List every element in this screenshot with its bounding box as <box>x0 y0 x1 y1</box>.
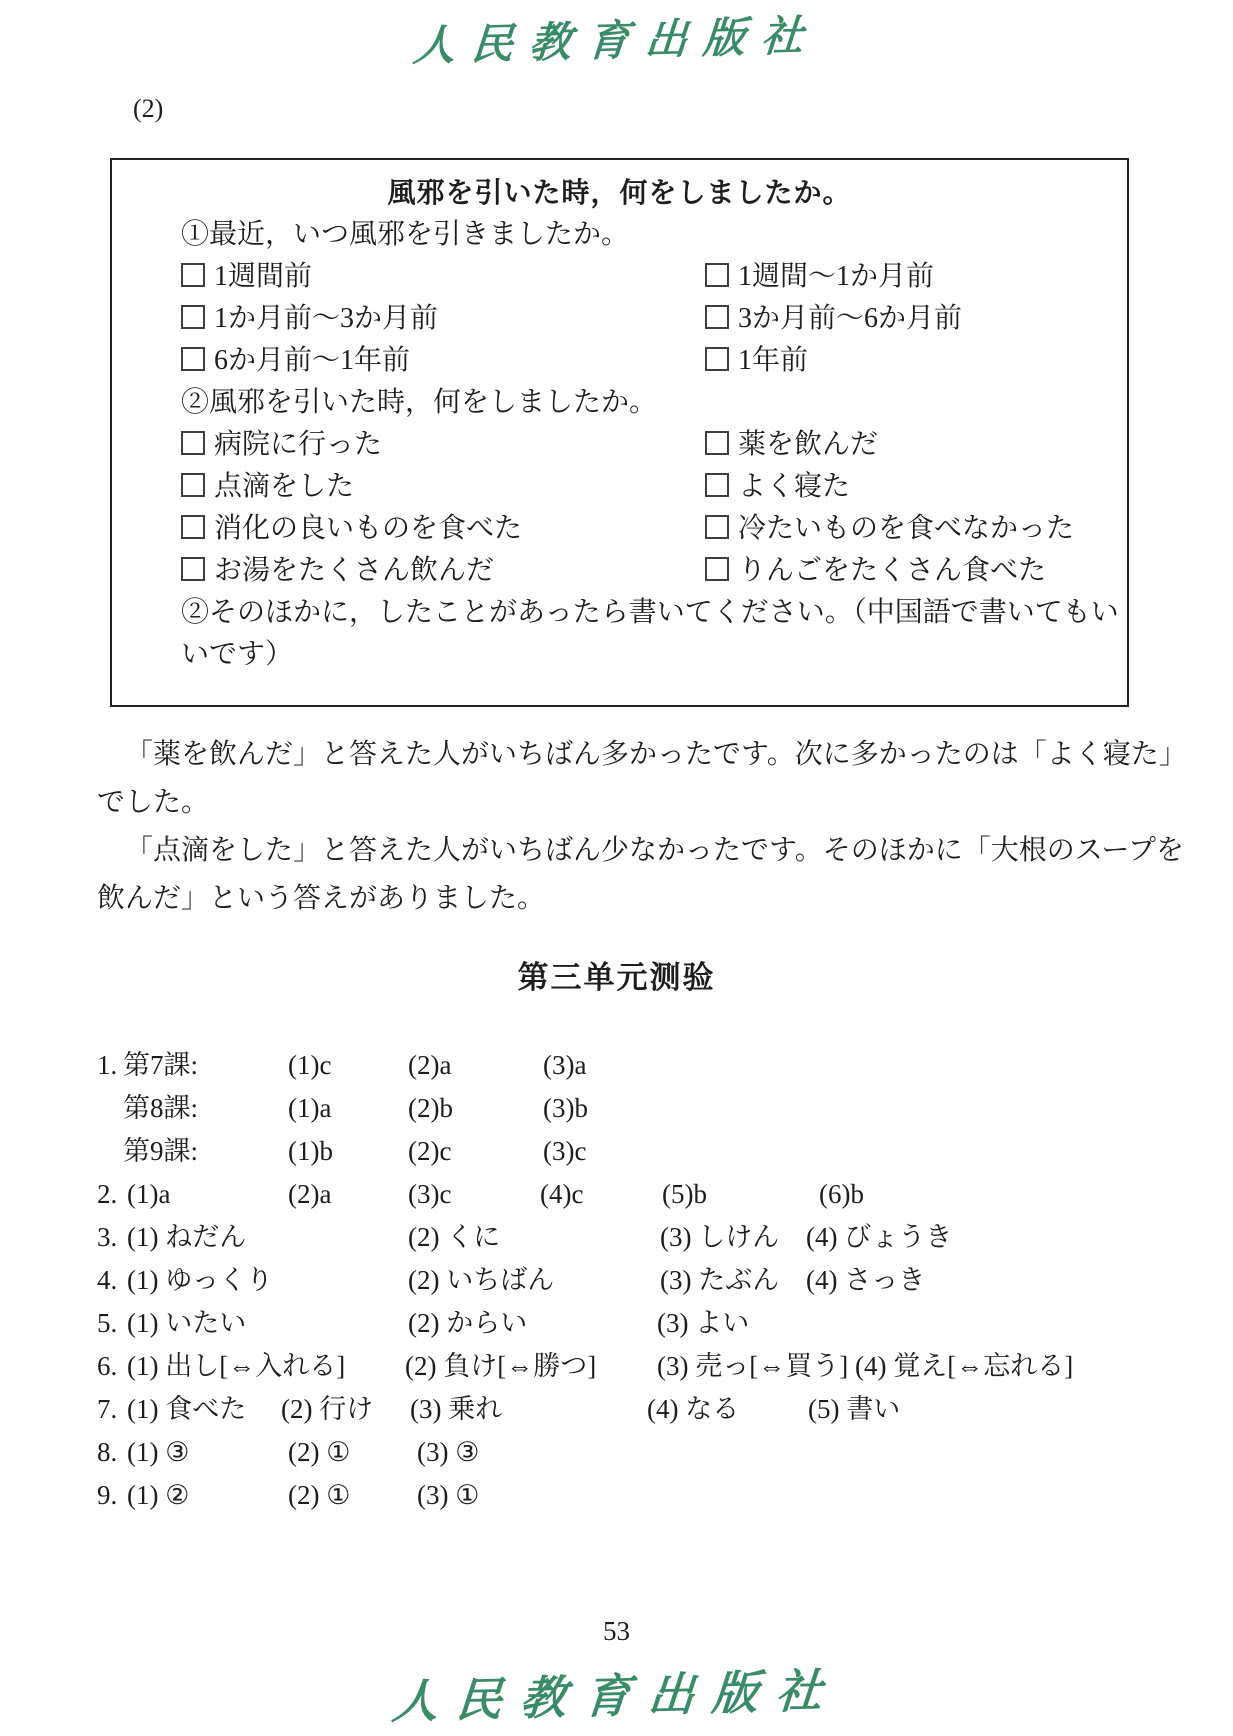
publisher-logo-footer: 人民教育出版社 <box>0 1644 1233 1736</box>
survey-option: 冷たいものを食べなかった <box>705 508 1127 550</box>
survey-option: 6か月前〜1年前 <box>181 340 705 382</box>
answer-cell: 第7課: <box>123 1044 198 1087</box>
checkbox-icon <box>181 347 205 371</box>
answer-row: 8. (1) ③ (2) ① (3) ③ <box>0 1431 1233 1474</box>
answer-row: 2. (1)a (2)a (3)c (4)c (5)b (6)b <box>0 1173 1233 1216</box>
survey-option: 1か月前〜3か月前 <box>181 298 705 340</box>
survey-option-row: 病院に行った 薬を飲んだ <box>112 424 1127 466</box>
checkbox-icon <box>181 473 205 497</box>
checkbox-icon <box>705 557 729 581</box>
answer-cell: (6)b <box>819 1173 864 1216</box>
report-paragraph-line: でした。 <box>97 779 1137 827</box>
answer-cell: (1) ねだん <box>127 1216 246 1259</box>
answer-item-number: 9. <box>97 1474 117 1517</box>
answer-cell: (2) ① <box>288 1431 350 1474</box>
survey-option-row: 6か月前〜1年前 1年前 <box>112 340 1127 382</box>
option-label: 1か月前〜3か月前 <box>214 303 438 334</box>
answer-row: 6. (1) 出し[⇔入れる] (2) 負け[⇔勝つ] (3) 売っ[⇔買う] … <box>0 1345 1233 1388</box>
option-label: 6か月前〜1年前 <box>214 345 410 376</box>
answer-cell: (4) びょうき <box>806 1216 952 1259</box>
checkbox-icon <box>705 473 729 497</box>
answer-cell: (2)a <box>408 1044 451 1087</box>
answer-cell: (4) 覚え[⇔忘れる] <box>855 1345 1073 1388</box>
answer-cell: (2) ① <box>288 1474 350 1517</box>
answer-item-number: 6. <box>97 1345 117 1388</box>
survey-q3-text: ②そのほかに，したことがあったら書いてください。（中国語で書いてもいい <box>112 592 1127 634</box>
option-label: 1年前 <box>738 345 808 376</box>
answer-row: 4. (1) ゆっくり (2) いちばん (3) たぶん (4) さっき <box>0 1259 1233 1302</box>
answer-cell: (3)c <box>543 1130 586 1173</box>
answer-cell: (2)c <box>408 1130 451 1173</box>
answer-row: 5. (1) いたい (2) からい (3) よい <box>0 1302 1233 1345</box>
answer-cell: (1)a <box>127 1173 170 1216</box>
answer-item-number: 8. <box>97 1431 117 1474</box>
answer-item-number: 4. <box>97 1259 117 1302</box>
option-label: 消化の良いものを食べた <box>214 513 522 544</box>
report-paragraphs: 「薬を飲んだ」と答えた人がいちばん多かったです。次に多かったのは「よく寝た」 で… <box>97 731 1137 923</box>
answer-cell: (3)a <box>543 1044 586 1087</box>
answer-cell: (1)c <box>288 1044 331 1087</box>
option-label: 1週間前 <box>214 261 312 292</box>
answer-cell: (1) いたい <box>127 1302 246 1345</box>
answer-cell: (5)b <box>662 1173 707 1216</box>
answer-cell: (3) しけん <box>660 1216 779 1259</box>
answer-cell: (3) よい <box>657 1302 749 1345</box>
checkbox-icon <box>181 305 205 329</box>
answer-cell: (1) ② <box>127 1474 189 1517</box>
answer-cell: (2) 行け <box>281 1388 373 1431</box>
answer-cell: (4) さっき <box>806 1259 925 1302</box>
survey-option: 3か月前〜6か月前 <box>705 298 1127 340</box>
option-label: 薬を飲んだ <box>738 429 878 460</box>
survey-option: よく寝た <box>705 466 1127 508</box>
answer-cell: (4)c <box>540 1173 583 1216</box>
checkbox-icon <box>181 557 205 581</box>
answer-cell: (3)b <box>543 1087 588 1130</box>
checkbox-icon <box>181 431 205 455</box>
survey-option: 病院に行った <box>181 424 705 466</box>
answer-cell: (1)a <box>288 1087 331 1130</box>
answer-row: 3. (1) ねだん (2) くに (3) しけん (4) びょうき <box>0 1216 1233 1259</box>
option-label: よく寝た <box>738 471 850 502</box>
survey-option: 1週間前 <box>181 256 705 298</box>
checkbox-icon <box>705 515 729 539</box>
survey-option-row: 1週間前 1週間〜1か月前 <box>112 256 1127 298</box>
answer-key: 1. 第7課: (1)c (2)a (3)a 第8課: (1)a (2)b (3… <box>0 1044 1233 1517</box>
answer-cell: (3)c <box>408 1173 451 1216</box>
checkbox-icon <box>181 515 205 539</box>
survey-box: 風邪を引いた時，何をしましたか。 ①最近，いつ風邪を引きましたか。 1週間前 1… <box>110 158 1129 707</box>
option-label: 1週間〜1か月前 <box>738 261 934 292</box>
answer-item-number: 7. <box>97 1388 117 1431</box>
answer-cell: (2) からい <box>408 1302 527 1345</box>
answer-cell: (1)b <box>288 1130 333 1173</box>
answer-cell: (3) 売っ[⇔買う] <box>657 1345 848 1388</box>
publisher-logo-header: 人民教育出版社 <box>0 0 1233 84</box>
answer-cell: (3) 乗れ <box>410 1388 502 1431</box>
answer-cell: (2) いちばん <box>408 1259 554 1302</box>
answer-item-number: 1. <box>97 1044 117 1087</box>
survey-q2-label: ②風邪を引いた時，何をしましたか。 <box>112 382 1127 424</box>
report-paragraph-line: 飲んだ」という答えがありました。 <box>97 875 1137 923</box>
survey-option-row: 点滴をした よく寝た <box>112 466 1127 508</box>
answer-cell: (3) たぶん <box>660 1259 779 1302</box>
survey-option: 1年前 <box>705 340 1127 382</box>
answer-cell: (5) 書い <box>808 1388 900 1431</box>
option-label: りんごをたくさん食べた <box>738 555 1046 586</box>
document-page: 人民教育出版社 (2) 風邪を引いた時，何をしましたか。 ①最近，いつ風邪を引き… <box>0 0 1233 1736</box>
option-label: 病院に行った <box>214 429 382 460</box>
option-label: お湯をたくさん飲んだ <box>214 555 494 586</box>
checkbox-icon <box>705 263 729 287</box>
survey-q1-label: ①最近，いつ風邪を引きましたか。 <box>112 214 1127 256</box>
option-label: 冷たいものを食べなかった <box>738 513 1074 544</box>
checkbox-icon <box>705 347 729 371</box>
answer-item-number: 2. <box>97 1173 117 1216</box>
survey-option: 点滴をした <box>181 466 705 508</box>
checkbox-icon <box>181 263 205 287</box>
answer-item-number: 5. <box>97 1302 117 1345</box>
page-number: 53 <box>0 1616 1233 1647</box>
answer-cell: 第8課: <box>123 1087 198 1130</box>
answer-cell: (1) 食べた <box>127 1388 246 1431</box>
answer-cell: (1) ゆっくり <box>127 1259 273 1302</box>
option-label: 3か月前〜6か月前 <box>738 303 962 334</box>
answer-cell: (2)b <box>408 1087 453 1130</box>
survey-q3-continuation: です） <box>112 634 1127 676</box>
survey-option-row: 消化の良いものを食べた 冷たいものを食べなかった <box>112 508 1127 550</box>
answer-row: 第8課: (1)a (2)b (3)b <box>0 1087 1233 1130</box>
section-label: (2) <box>133 94 163 124</box>
survey-title: 風邪を引いた時，何をしましたか。 <box>112 172 1127 214</box>
answer-cell: 第9課: <box>123 1130 198 1173</box>
answer-cell: (2) 負け[⇔勝つ] <box>405 1345 596 1388</box>
test-section-title: 第三单元测验 <box>0 952 1233 997</box>
answer-row: 9. (1) ② (2) ① (3) ① <box>0 1474 1233 1517</box>
answer-row: 1. 第7課: (1)c (2)a (3)a <box>0 1044 1233 1087</box>
checkbox-icon <box>705 305 729 329</box>
survey-option: 薬を飲んだ <box>705 424 1127 466</box>
answer-cell: (4) なる <box>647 1388 739 1431</box>
survey-option-row: 1か月前〜3か月前 3か月前〜6か月前 <box>112 298 1127 340</box>
answer-cell: (2) くに <box>408 1216 500 1259</box>
checkbox-icon <box>705 431 729 455</box>
report-paragraph-line: 「薬を飲んだ」と答えた人がいちばん多かったです。次に多かったのは「よく寝た」 <box>97 731 1137 779</box>
survey-option: 消化の良いものを食べた <box>181 508 705 550</box>
answer-cell: (1) 出し[⇔入れる] <box>127 1345 345 1388</box>
answer-item-number: 3. <box>97 1216 117 1259</box>
answer-row: 第9課: (1)b (2)c (3)c <box>0 1130 1233 1173</box>
report-paragraph-line: 「点滴をした」と答えた人がいちばん少なかったです。そのほかに「大根のスープを <box>97 827 1137 875</box>
survey-option: 1週間〜1か月前 <box>705 256 1127 298</box>
survey-option-row: お湯をたくさん飲んだ りんごをたくさん食べた <box>112 550 1127 592</box>
answer-row: 7. (1) 食べた (2) 行け (3) 乗れ (4) なる (5) 書い <box>0 1388 1233 1431</box>
survey-option: りんごをたくさん食べた <box>705 550 1127 592</box>
answer-cell: (3) ③ <box>417 1431 479 1474</box>
answer-cell: (2)a <box>288 1173 331 1216</box>
answer-cell: (1) ③ <box>127 1431 189 1474</box>
survey-option: お湯をたくさん飲んだ <box>181 550 705 592</box>
option-label: 点滴をした <box>214 471 354 502</box>
answer-cell: (3) ① <box>417 1474 479 1517</box>
